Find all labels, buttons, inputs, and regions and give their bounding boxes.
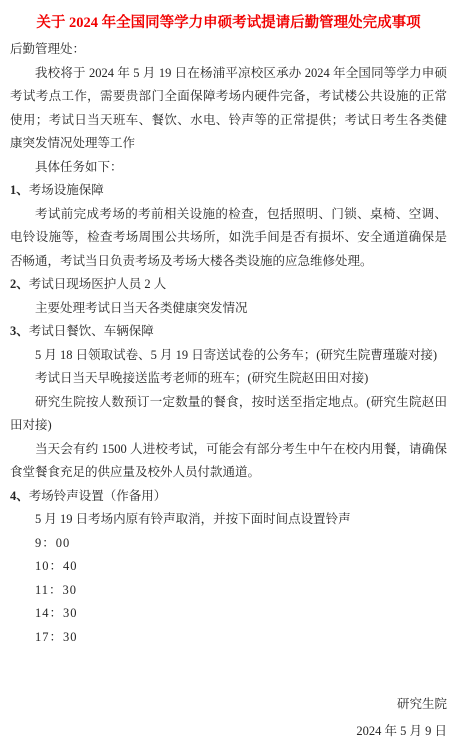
section-1-heading: 1、考场设施保障 [10,179,447,203]
section-1-paragraph: 考试前完成考场的考前相关设施的检查，包括照明、门锁、桌椅、空调、电铃设施等，检查… [10,203,447,274]
bell-time-2: 10：40 [10,555,447,579]
section-3-heading: 3、考试日餐饮、车辆保障 [10,320,447,344]
signature-date: 2024 年 5 月 9 日 [10,718,447,745]
document-page: 关于 2024 年全国同等学力申硕考试提请后勤管理处完成事项 后勤管理处： 我校… [0,0,465,745]
bell-time-5: 17：30 [10,626,447,650]
salutation: 后勤管理处： [10,38,447,62]
intro-paragraph: 我校将于 2024 年 5 月 19 日在杨浦平凉校区承办 2024 年全国同等… [10,62,447,156]
section-4: 4、考场铃声设置（作备用） 5 月 19 日考场内原有铃声取消，并按下面时间点设… [10,485,447,650]
section-2-heading: 2、考试日现场医护人员 2 人 [10,273,447,297]
bell-time-1: 9：00 [10,532,447,556]
signature-block: 研究生院 2024 年 5 月 9 日 [10,691,447,745]
section-2-number: 2、 [10,277,29,291]
section-3: 3、考试日餐饮、车辆保障 5 月 18 日领取试卷、5 月 19 日寄送试卷的公… [10,320,447,485]
section-4-number: 4、 [10,489,29,503]
section-1-number: 1、 [10,183,29,197]
section-3-paragraph-3: 研究生院按人数预订一定数量的餐食，按时送至指定地点。(研究生院赵田田对接) [10,391,447,438]
bell-time-4: 14：30 [10,602,447,626]
section-3-paragraph-4: 当天会有约 1500 人进校考试，可能会有部分考生中午在校内用餐，请确保食堂餐食… [10,438,447,485]
bell-time-3: 11：30 [10,579,447,603]
section-4-heading: 4、考场铃声设置（作备用） [10,485,447,509]
section-1-title: 考场设施保障 [29,183,104,197]
section-3-number: 3、 [10,324,29,338]
bell-times-list: 9：00 10：40 11：30 14：30 17：30 [10,532,447,650]
section-2-title: 考试日现场医护人员 2 人 [29,277,167,291]
tasks-intro: 具体任务如下： [10,156,447,180]
section-2: 2、考试日现场医护人员 2 人 主要处理考试日当天各类健康突发情况 [10,273,447,320]
section-4-title: 考场铃声设置（作备用） [29,489,167,503]
section-3-paragraph-2: 考试日当天早晚接送监考老师的班车；(研究生院赵田田对接) [10,367,447,391]
section-3-paragraph-1: 5 月 18 日领取试卷、5 月 19 日寄送试卷的公务车；(研究生院曹瑾璇对接… [10,344,447,368]
signature-department: 研究生院 [10,691,447,718]
document-title: 关于 2024 年全国同等学力申硕考试提请后勤管理处完成事项 [10,12,447,34]
section-4-paragraph: 5 月 19 日考场内原有铃声取消，并按下面时间点设置铃声 [10,508,447,532]
section-2-paragraph: 主要处理考试日当天各类健康突发情况 [10,297,447,321]
section-1: 1、考场设施保障 考试前完成考场的考前相关设施的检查，包括照明、门锁、桌椅、空调… [10,179,447,273]
section-3-title: 考试日餐饮、车辆保障 [29,324,154,338]
